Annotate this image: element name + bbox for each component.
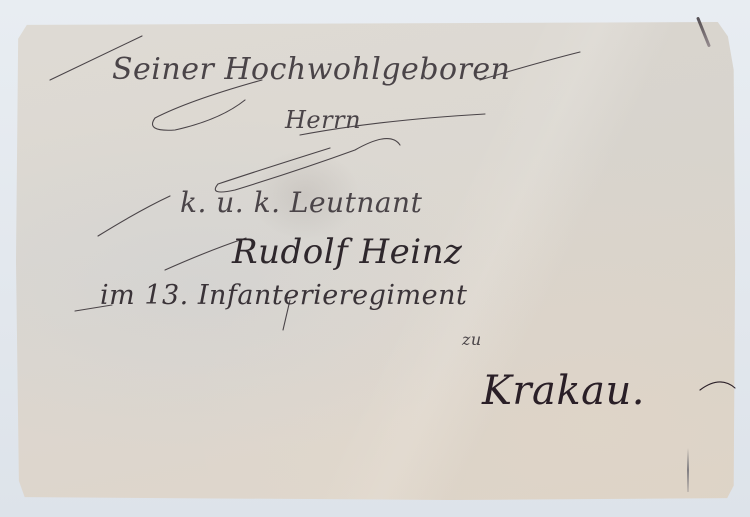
address-block: Seiner Hochwohlgeboren Herrn k. u. k. Le… (0, 0, 750, 517)
address-line-zu: zu (462, 330, 482, 349)
address-line-herrn: Herrn (285, 106, 361, 134)
address-line-salutation: Seiner Hochwohlgeboren (112, 52, 511, 87)
address-line-city: Krakau. (482, 368, 645, 414)
address-line-name: Rudolf Heinz (232, 232, 462, 272)
address-line-regiment: im 13. Infanterieregiment (100, 280, 467, 311)
photo-scene: Seiner Hochwohlgeboren Herrn k. u. k. Le… (0, 0, 750, 517)
address-line-rank: k. u. k. Leutnant (180, 186, 422, 219)
